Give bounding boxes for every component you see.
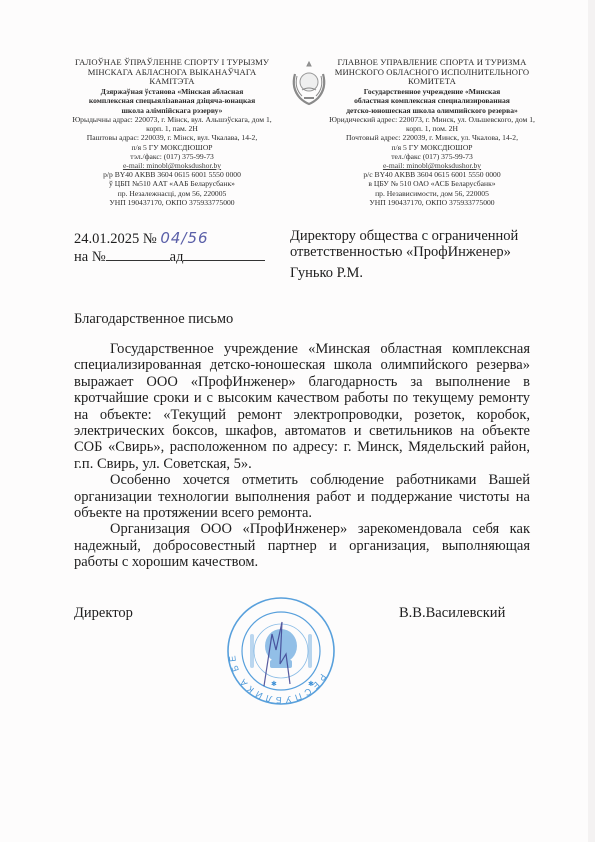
body-paragraph: Организация ООО «ПрофИнженер» зарекоменд… bbox=[74, 521, 530, 570]
reference-block: 24.01.2025 № 04/56 на №ад bbox=[74, 230, 265, 266]
email-link[interactable]: e-mail: minobl@moksdushor.by bbox=[62, 161, 282, 170]
reply-label: на № bbox=[74, 249, 106, 265]
document-page: ГАЛОЎНАЕ ЎПРАЎЛЕННЕ СПОРТУ І ТУРЫЗМУ МІН… bbox=[0, 0, 588, 842]
addressee-block: Директору общества с ограниченной ответс… bbox=[290, 229, 550, 282]
letterhead-address: Юрыдычны адрас: 220073, г. Мінск, вул. А… bbox=[62, 115, 282, 207]
addressee-position: Директору общества с ограниченной bbox=[290, 229, 550, 245]
letterhead-org-name: Дзяржаўная ўстанова «Мінская абласная ко… bbox=[62, 87, 282, 115]
letterhead-org-name: Государственное учреждение «Минская обла… bbox=[322, 87, 542, 115]
scan-edge bbox=[588, 0, 595, 842]
letter-subject: Благодарственное письмо bbox=[74, 311, 233, 328]
letterhead-russian: ГЛАВНОЕ УПРАВЛЕНИЕ СПОРТА И ТУРИЗМА МИНС… bbox=[322, 58, 542, 207]
svg-text:✱: ✱ bbox=[271, 680, 277, 688]
svg-text:✱: ✱ bbox=[308, 680, 314, 688]
body-paragraph: Особенно хочется отметить соблюдение раб… bbox=[74, 472, 530, 521]
addressee-name: Гунько Р.М. bbox=[290, 266, 550, 282]
body-paragraph: Государственное учреждение «Минская обла… bbox=[74, 341, 530, 472]
letter-body: Государственное учреждение «Минская обла… bbox=[74, 341, 530, 571]
letterhead-belarusian: ГАЛОЎНАЕ ЎПРАЎЛЕННЕ СПОРТУ І ТУРЫЗМУ МІН… bbox=[62, 58, 282, 207]
reply-date-blank bbox=[183, 248, 265, 261]
signatory-name: В.В.Василевский bbox=[399, 605, 505, 622]
signatory-title: Директор bbox=[74, 605, 133, 622]
official-round-stamp-icon: РЕСПУБЛИКА БЕЛАРУСЬ ✱ ✱ bbox=[224, 594, 338, 708]
letterhead-title: ГАЛОЎНАЕ ЎПРАЎЛЕННЕ СПОРТУ І ТУРЫЗМУ МІН… bbox=[62, 58, 282, 87]
reply-number-blank bbox=[106, 248, 170, 261]
email-link[interactable]: e-mail: minobl@moksdushor.by bbox=[322, 161, 542, 170]
from-label: ад bbox=[170, 249, 184, 265]
incoming-reference: на №ад bbox=[74, 248, 265, 266]
letterhead-address: Юридический адрес: 220073, г. Минск, ул.… bbox=[322, 115, 542, 207]
outgoing-reference: 24.01.2025 № 04/56 bbox=[74, 230, 265, 248]
letter-date: 24.01.2025 bbox=[74, 231, 139, 247]
handwritten-letter-number: 04/56 bbox=[160, 229, 208, 247]
number-label: № bbox=[143, 231, 157, 247]
letterhead-title: ГЛАВНОЕ УПРАВЛЕНИЕ СПОРТА И ТУРИЗМА МИНС… bbox=[322, 58, 542, 87]
addressee-company: ответственностью «ПрофИнженер» bbox=[290, 245, 550, 261]
